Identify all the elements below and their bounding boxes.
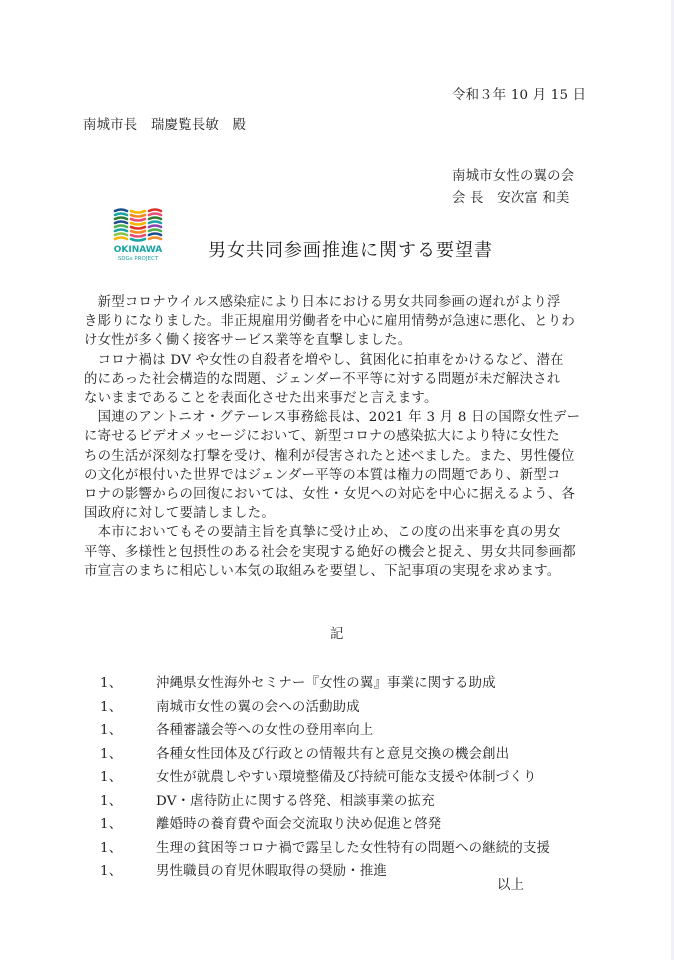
document-body: 新型コロナウイルス感染症により日本における男女共同参画の遅れがより浮 き彫りにな… — [84, 293, 624, 581]
sdgs-wave-icon: OKINAWA SDGs PROJECT — [112, 207, 164, 263]
paragraph: 新型コロナウイルス感染症により日本における男女共同参画の遅れがより浮 き彫りにな… — [84, 293, 624, 351]
document-date: 令和３年 10 月 15 日 — [452, 86, 586, 105]
list-item: 1、離婚時の養育費や面会交流取り決め促進と啓発 — [100, 811, 550, 835]
list-item: 1、DV・虐待防止に関する啓発、相談事業の拡充 — [100, 788, 550, 812]
text-line: 新型コロナウイルス感染症により日本における男女共同参画の遅れがより浮 — [84, 293, 624, 312]
text-line: 的にあった社会構造的な問題、ジェンダー不平等に対する問題が未だ解決され — [84, 370, 624, 389]
svg-text:OKINAWA: OKINAWA — [114, 245, 163, 255]
list-item: 1、沖縄県女性海外セミナー『女性の翼』事業に関する助成 — [100, 670, 550, 694]
list-item: 1、生理の貧困等コロナ禍で露呈した女性特有の問題への継続的支援 — [100, 835, 550, 859]
okinawa-sdgs-logo: OKINAWA SDGs PROJECT — [112, 207, 164, 263]
text-line: 平等、多様性と包摂性のある社会を実現する絶好の機会と捉え、男女共同参画都 — [84, 543, 624, 562]
text-line: 国連のアントニオ・グテーレス事務総長は、2021 年 3 月 8 日の国際女性デ… — [84, 408, 624, 427]
paragraph: コロナ禍は DV や女性の自殺者を増やし、貧困化に拍車をかけるなど、潜在 的にあ… — [84, 351, 624, 409]
addressee: 南城市長 瑞慶覧長敏 殿 — [83, 116, 246, 135]
document-title: 男女共同参画推進に関する要望書 — [208, 236, 493, 262]
sender-president: 会 長 安次富 和美 — [452, 189, 570, 208]
text-line: ちの生活が深刻な打撃を受け、権利が侵害されたと述べました。また、男性優位 — [84, 447, 624, 466]
list-item: 1、各種女性団体及び行政との情報共有と意見交換の機会創出 — [100, 741, 550, 765]
text-line: 市宣言のまちに相応しい本気の取組みを要望し、下記事項の実現を求めます。 — [84, 562, 624, 581]
text-line: き彫りになりました。非正規雇用労働者を中心に雇用情勢が急速に悪化、とりわ — [84, 312, 624, 331]
text-line: コロナ禍は DV や女性の自殺者を増やし、貧困化に拍車をかけるなど、潜在 — [84, 351, 624, 370]
list-item: 1、女性が就農しやすい環境整備及び持続可能な支援や体制づくり — [100, 764, 550, 788]
text-line: ロナの影響からの回復においては、女性・女児への対応を中心に据えるよう、各 — [84, 485, 624, 504]
text-line: 国政府に対して要請しました。 — [84, 504, 624, 523]
text-line: 本市においてもその要請主旨を真摯に受け止め、この度の出来事を真の男女 — [84, 523, 624, 542]
text-line: け女性が多く働く接客サービス業等を直撃しました。 — [84, 331, 624, 350]
paragraph: 国連のアントニオ・グテーレス事務総長は、2021 年 3 月 8 日の国際女性デ… — [84, 408, 624, 523]
text-line: の文化が根付いた世界ではジェンダー平等の本質は権力の問題であり、新型コ — [84, 466, 624, 485]
svg-text:SDGs PROJECT: SDGs PROJECT — [118, 256, 159, 262]
list-item: 1、各種審議会等への女性の登用率向上 — [100, 717, 550, 741]
text-line: に寄せるビデオメッセージにおいて、新型コロナの感染拡大により特に女性た — [84, 427, 624, 446]
sender-organization: 南城市女性の翼の会 — [452, 167, 574, 186]
text-line: ないままであることを表面化させた出来事だと言えます。 — [84, 389, 624, 408]
ki-heading: 記 — [330, 625, 344, 644]
request-list: 1、沖縄県女性海外セミナー『女性の翼』事業に関する助成 1、南城市女性の翼の会へ… — [100, 670, 550, 882]
closing-remark: 以上 — [497, 876, 524, 895]
list-item: 1、男性職員の育児休暇取得の奨励・推進 — [100, 858, 550, 882]
list-item: 1、南城市女性の翼の会への活動助成 — [100, 694, 550, 718]
paragraph: 本市においてもその要請主旨を真摯に受け止め、この度の出来事を真の男女 平等、多様… — [84, 523, 624, 581]
